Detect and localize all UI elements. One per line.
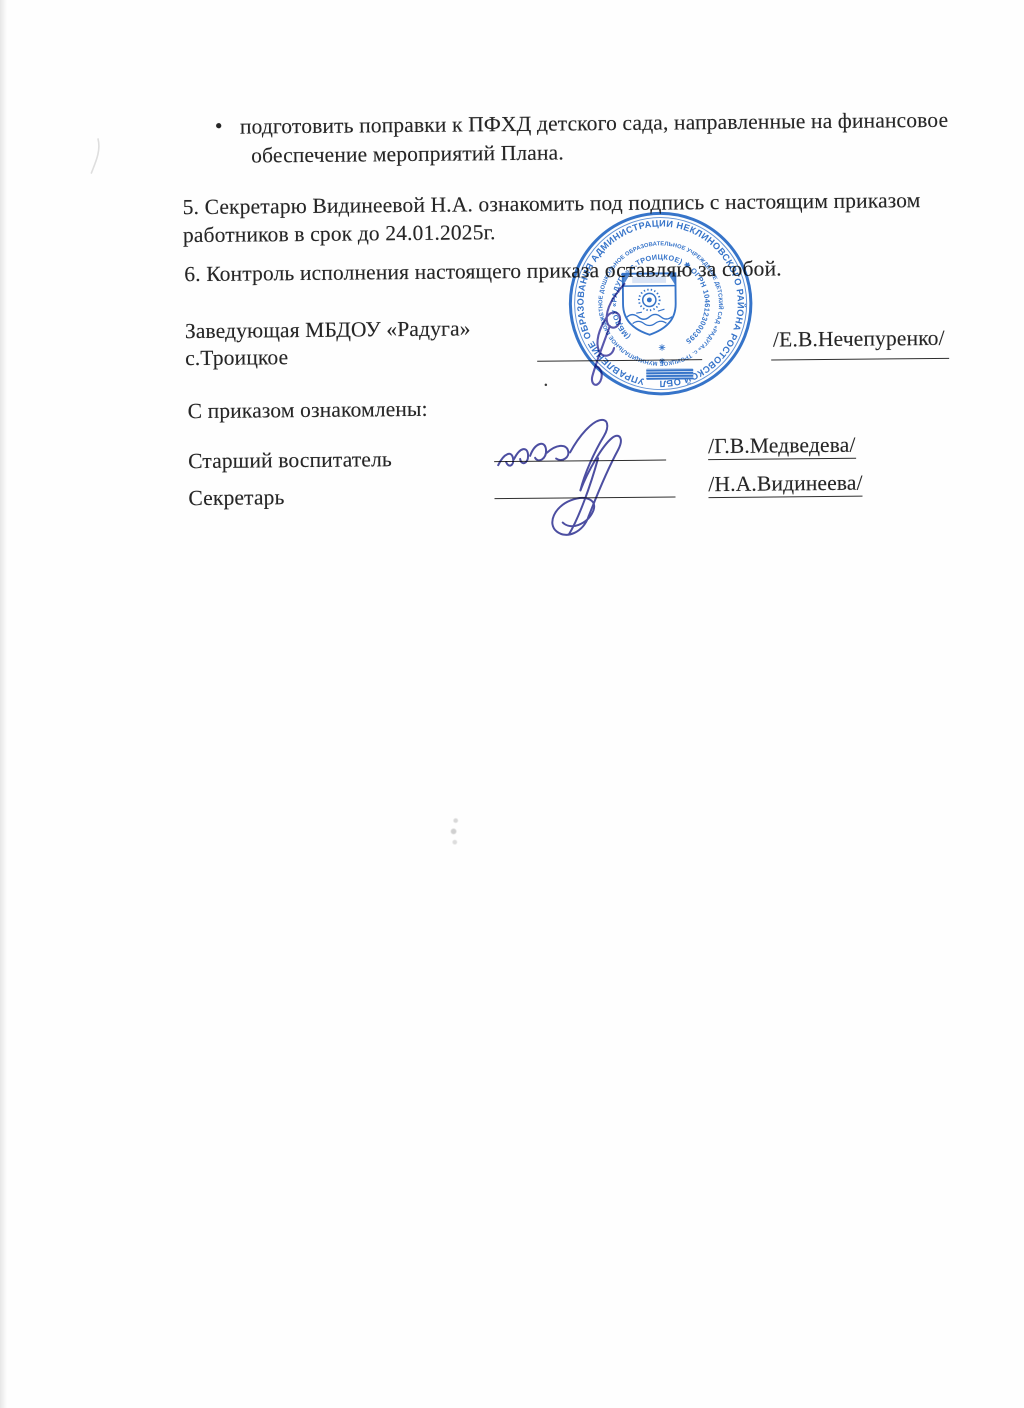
bullet-marker: • — [215, 114, 223, 139]
paper-crease-mark — [83, 135, 109, 177]
ack-row-2-name-text: /Н.А.Видинеева/ — [708, 471, 863, 498]
ack-row-1-title: Старший воспитатель — [188, 447, 392, 474]
document-page: • подготовить поправки к ПФХД детского с… — [0, 0, 1024, 1408]
ack-row-1-name: /Г.В.Медведева/ — [708, 433, 856, 459]
ack-heading: С приказом ознакомлены: — [188, 397, 428, 424]
bullet-text-line-1: подготовить поправки к ПФХД детского сад… — [240, 108, 949, 140]
staff-handwritten-signatures — [490, 411, 711, 541]
clause-5-line-1: 5. Секретарю Видинеевой Н.А. ознакомить … — [183, 188, 921, 220]
ack-row-2-name: /Н.А.Видинеева/ — [708, 471, 863, 497]
head-handwritten-signature — [578, 278, 641, 393]
seal-control-strip — [646, 368, 693, 380]
clause-5-line-2: работников в срок до 24.01.2025г. — [183, 220, 496, 248]
head-title-line-1: Заведующая МБДОУ «Радуга» — [185, 316, 471, 344]
head-name: /Е.В.Нечепуренко/ — [773, 326, 945, 353]
stray-ink-dot: . — [543, 369, 548, 392]
head-title-line-2: с.Троицкое — [185, 345, 288, 371]
scan-smudge — [443, 811, 465, 847]
head-name-underline — [771, 358, 949, 361]
ack-row-2-title: Секретарь — [188, 485, 284, 511]
ack-row-1-name-text: /Г.В.Медведева/ — [708, 433, 856, 460]
seal-star-separator-2: ✳ — [659, 357, 666, 366]
bullet-text-line-2: обеспечение мероприятий Плана. — [251, 141, 564, 169]
seal-star-separator-1: ✳ — [658, 343, 665, 353]
